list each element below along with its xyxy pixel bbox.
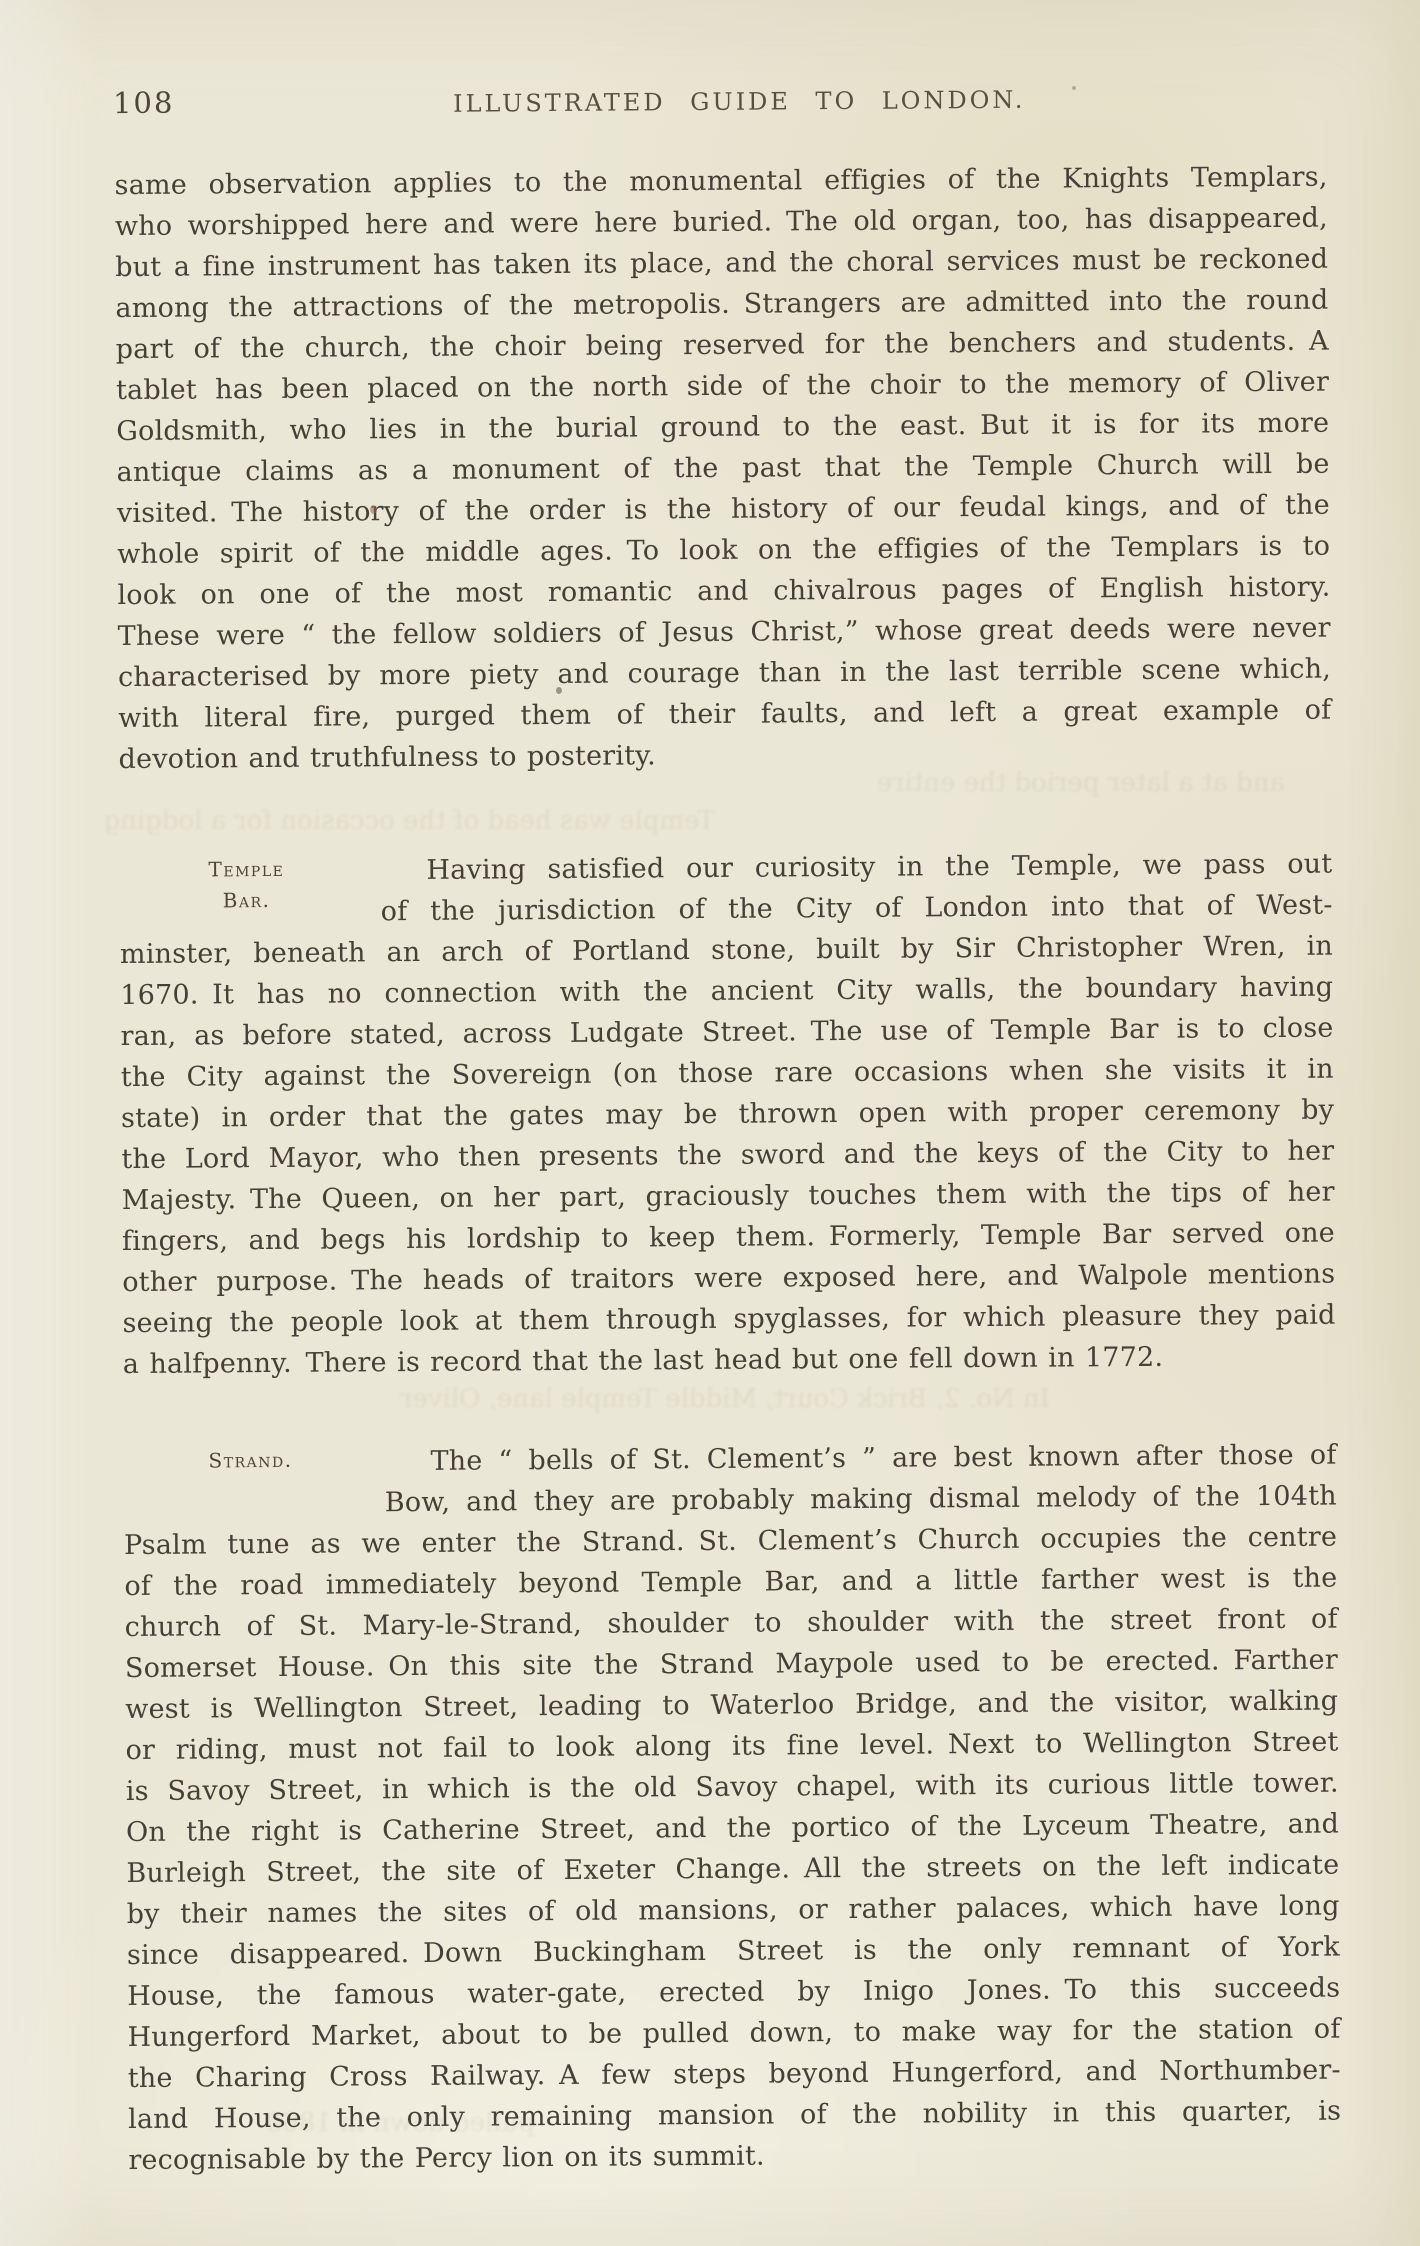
text-line: with literal fire, purged them of their … — [118, 690, 1331, 739]
page-number: 108 — [113, 86, 175, 120]
paragraph-temple-bar: TempleBar.Having satisfied our curiosity… — [119, 844, 1336, 1385]
scan-tilt-wrapper: 108 ILLUSTRATED GUIDE TO LONDON. same ob… — [0, 0, 1420, 2246]
paragraph-temple-church: same observation applies to the monument… — [114, 157, 1331, 780]
paragraph-strand: Strand.The “ bells of St. Clement’s ” ar… — [123, 1435, 1341, 2181]
running-title: ILLUSTRATED GUIDE TO LONDON. — [453, 86, 1026, 118]
margin-note: Strand. — [170, 1445, 330, 1477]
margin-note-line: Strand. — [170, 1445, 330, 1477]
text-line: land House, the only remaining mansion o… — [128, 2091, 1341, 2140]
text-line: devotion and truthfulness to posterity. — [118, 731, 1331, 780]
text-line: a halfpenny. There is record that the la… — [123, 1336, 1336, 1385]
margin-note-line: Bar. — [166, 885, 326, 917]
text-column: same observation applies to the monument… — [114, 157, 1341, 2181]
margin-note: TempleBar. — [166, 854, 326, 917]
scanned-book-page: and at a later period the entireTemple w… — [0, 0, 1420, 2246]
margin-note-line: Temple — [166, 854, 326, 886]
text-line: recognisable by the Percy lion on its su… — [128, 2132, 1341, 2181]
